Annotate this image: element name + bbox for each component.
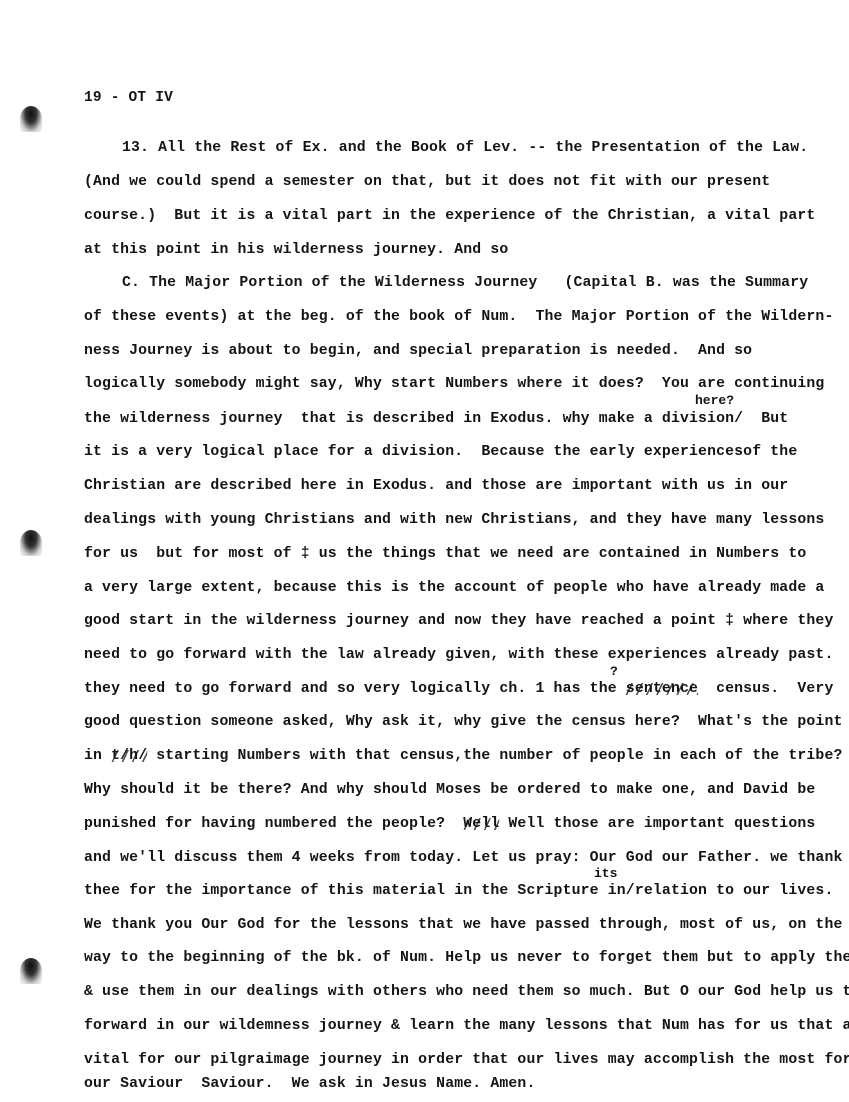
text-line: it is a very logical place for a divisio…	[84, 444, 797, 460]
struck-out-text: t/h/	[111, 748, 147, 764]
page-header: 19 - OT IV	[84, 90, 173, 106]
text-line: & use them in our dealings with others w…	[84, 984, 849, 1000]
text-line: and we'll discuss them 4 weeks from toda…	[84, 850, 843, 866]
punch-hole-bottom	[20, 958, 42, 984]
text-line: ness Journey is about to begin, and spec…	[84, 343, 752, 359]
text-line: a very large extent, because this is the…	[84, 580, 824, 596]
interlinear-insertion: ?	[610, 664, 618, 679]
text-line: vital for our pilgraimage journey in ord…	[84, 1052, 849, 1068]
punch-hole-middle	[20, 530, 42, 556]
text-line: the wilderness journey that is described…	[84, 411, 788, 427]
text-line: 13. All the Rest of Ex. and the Book of …	[122, 140, 808, 156]
text-segment: starting Numbers with that census,the nu…	[147, 748, 842, 764]
text-line: C. The Major Portion of the Wilderness J…	[122, 275, 808, 291]
text-segment: census. Very	[698, 681, 833, 697]
text-segment: they need to go forward and so very logi…	[84, 681, 626, 697]
text-line: dealings with young Christians and with …	[84, 512, 824, 528]
interlinear-insertion: its	[594, 866, 617, 881]
text-segment: punished for having numbered the people?	[84, 816, 463, 832]
text-line: way to the beginning of the bk. of Num. …	[84, 950, 849, 966]
text-line: forward in our wildemness journey & lear…	[84, 1018, 849, 1034]
punch-hole-top	[20, 106, 42, 132]
text-line: logically somebody might say, Why start …	[84, 376, 824, 392]
text-segment: Well those are important questions	[499, 816, 815, 832]
text-line: our Saviour Saviour. We ask in Jesus Nam…	[84, 1076, 536, 1092]
text-line: good question someone asked, Why ask it,…	[84, 714, 843, 730]
text-line: thee for the importance of this material…	[84, 883, 833, 899]
text-line: they need to go forward and so very logi…	[84, 681, 833, 697]
text-line: of these events) at the beg. of the book…	[84, 309, 833, 325]
text-line: need to go forward with the law already …	[84, 647, 833, 663]
text-line: good start in the wilderness journey and…	[84, 613, 833, 629]
interlinear-insertion: here?	[695, 393, 734, 408]
text-line: Christian are described here in Exodus. …	[84, 478, 788, 494]
struck-out-text: Well	[463, 816, 499, 832]
text-line: at this point in his wilderness journey.…	[84, 242, 508, 258]
text-line: (And we could spend a semester on that, …	[84, 174, 770, 190]
text-line: punished for having numbered the people?…	[84, 816, 815, 832]
text-line: course.) But it is a vital part in the e…	[84, 208, 815, 224]
struck-out-text: sentence	[626, 681, 698, 697]
document-page: 19 - OT IV 13. All the Rest of Ex. and t…	[0, 0, 849, 1102]
text-line: Why should it be there? And why should M…	[84, 782, 815, 798]
text-segment: in	[84, 748, 111, 764]
text-line: We thank you Our God for the lessons tha…	[84, 917, 843, 933]
text-line: in t/h/ starting Numbers with that censu…	[84, 748, 843, 764]
text-line: for us but for most of ‡ us the things t…	[84, 546, 806, 562]
